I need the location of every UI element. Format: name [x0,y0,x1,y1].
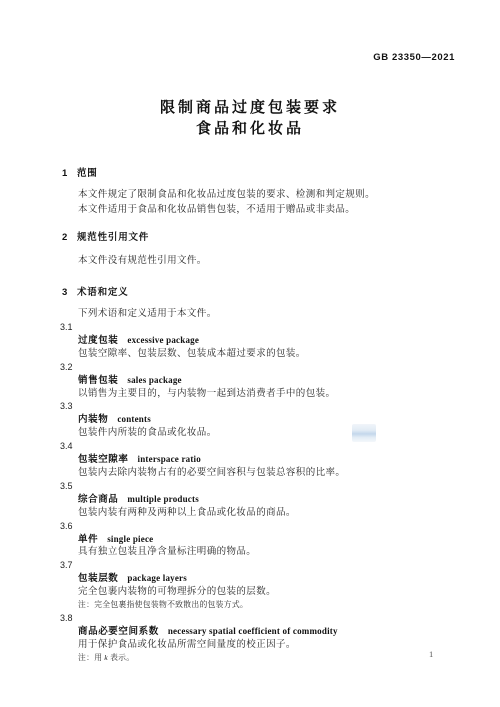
term-en: interspace ratio [138,454,201,464]
section-title: 术语和定义 [77,287,129,298]
document-page: GB 23350—2021 限制商品过度包装要求 食品和化妆品 1范围 本文件规… [0,0,500,707]
term-en: excessive package [127,335,199,345]
term-number: 3.4 [60,440,460,453]
term-zh: 包装层数 [78,573,118,584]
section-heading-terms: 3术语和定义 [62,284,129,298]
section-references-body: 本文件没有规范性引用文件。 [60,254,450,269]
term-title: 综合商品multiple products [60,493,460,507]
standard-code: GB 23350—2021 [373,52,455,63]
term-zh: 内装物 [78,414,108,425]
note-prefix: 注：用 [78,653,102,662]
section-title: 规范性引用文件 [77,232,149,243]
term-title: 销售包装sales package [60,374,460,388]
title-line-1: 限制商品过度包装要求 [0,97,500,118]
section-number: 2 [62,232,77,243]
paragraph: 本文件没有规范性引用文件。 [60,254,450,269]
term-entry-excessive-package: 3.1 过度包装excessive package 包装空隙率、包装层数、包装成… [60,321,460,361]
page-number: 1 [429,649,433,659]
term-zh: 综合商品 [78,494,118,505]
term-en: package layers [127,573,187,583]
term-title: 过度包装excessive package [60,334,460,348]
section-number: 3 [62,287,77,298]
term-definition: 以销售为主要目的，与内装物一起到达消费者手中的包装。 [60,388,460,401]
term-definition: 包装内去除内装物占有的必要空间容积与包装总容积的比率。 [60,467,460,480]
document-title: 限制商品过度包装要求 食品和化妆品 [0,97,500,139]
term-en: multiple products [127,494,199,504]
section-scope-body: 本文件规定了限制食品和化妆品过度包装的要求、检测和判定规则。 本文件适用于食品和… [60,188,450,218]
term-entry-interspace-ratio: 3.4 包装空隙率interspace ratio 包装内去除内装物占有的必要空… [60,440,460,480]
term-definition: 用于保护食品或化妆品所需空间量度的校正因子。 [60,639,460,652]
term-en: single piece [107,534,153,544]
term-zh: 过度包装 [78,335,118,346]
term-zh: 商品必要空间系数 [78,626,159,637]
terms-list: 3.1 过度包装excessive package 包装空隙率、包装层数、包装成… [60,321,460,665]
term-definition: 包装空隙率、包装层数、包装成本超过要求的包装。 [60,348,460,361]
term-definition: 包装内装有两种及两种以上食品或化妆品的商品。 [60,507,460,520]
term-definition: 完全包裹内装物的可物理拆分的包装的层数。 [60,586,460,599]
paragraph: 本文件规定了限制食品和化妆品过度包装的要求、检测和判定规则。 [60,188,450,203]
term-title: 包装层数package layers [60,572,460,586]
term-zh: 销售包装 [78,375,118,386]
term-note: 注：完全包裹指使包装物不致散出的包装方式。 [60,599,460,612]
term-number: 3.3 [60,400,460,413]
section-number: 1 [62,168,77,179]
term-entry-package-layers: 3.7 包装层数package layers 完全包裹内装物的可物理拆分的包装的… [60,559,460,612]
term-title: 单件single piece [60,533,460,547]
term-note: 注：用k表示。 [60,652,460,665]
note-suffix: 表示。 [110,653,134,662]
term-definition: 包装件内所装的食品或化妆品。 [60,427,460,440]
term-title: 商品必要空间系数necessary spatial coefficient of… [60,625,460,639]
term-entry-contents: 3.3 内装物contents 包装件内所装的食品或化妆品。 [60,400,460,440]
term-number: 3.5 [60,480,460,493]
term-entry-sales-package: 3.2 销售包装sales package 以销售为主要目的，与内装物一起到达消… [60,361,460,401]
term-entry-multiple-products: 3.5 综合商品multiple products 包装内装有两种及两种以上食品… [60,480,460,520]
term-entry-necessary-spatial-coefficient: 3.8 商品必要空间系数necessary spatial coefficien… [60,612,460,665]
term-en: contents [117,414,151,424]
note-symbol-k: k [104,653,108,662]
term-en: necessary spatial coefficient of commodi… [168,626,338,636]
section-terms-intro: 下列术语和定义适用于本文件。 [60,307,450,322]
section-heading-scope: 1范围 [62,165,98,179]
term-number: 3.6 [60,520,460,533]
term-title: 内装物contents [60,413,460,427]
term-entry-single-piece: 3.6 单件single piece 具有独立包装且净含量标注明确的物品。 [60,520,460,560]
term-number: 3.8 [60,612,460,625]
term-definition: 具有独立包装且净含量标注明确的物品。 [60,546,460,559]
term-number: 3.7 [60,559,460,572]
paragraph: 本文件适用于食品和化妆品销售包装，不适用于赠品或非卖品。 [60,203,450,218]
paragraph: 下列术语和定义适用于本文件。 [60,307,450,322]
section-title: 范围 [77,168,98,179]
term-number: 3.1 [60,321,460,334]
title-line-2: 食品和化妆品 [0,118,500,139]
term-zh: 包装空隙率 [78,454,129,465]
scan-artifact-blue-smudge [352,424,376,442]
term-zh: 单件 [78,534,98,545]
term-en: sales package [127,375,181,385]
section-heading-references: 2规范性引用文件 [62,229,149,243]
term-title: 包装空隙率interspace ratio [60,453,460,467]
term-number: 3.2 [60,361,460,374]
